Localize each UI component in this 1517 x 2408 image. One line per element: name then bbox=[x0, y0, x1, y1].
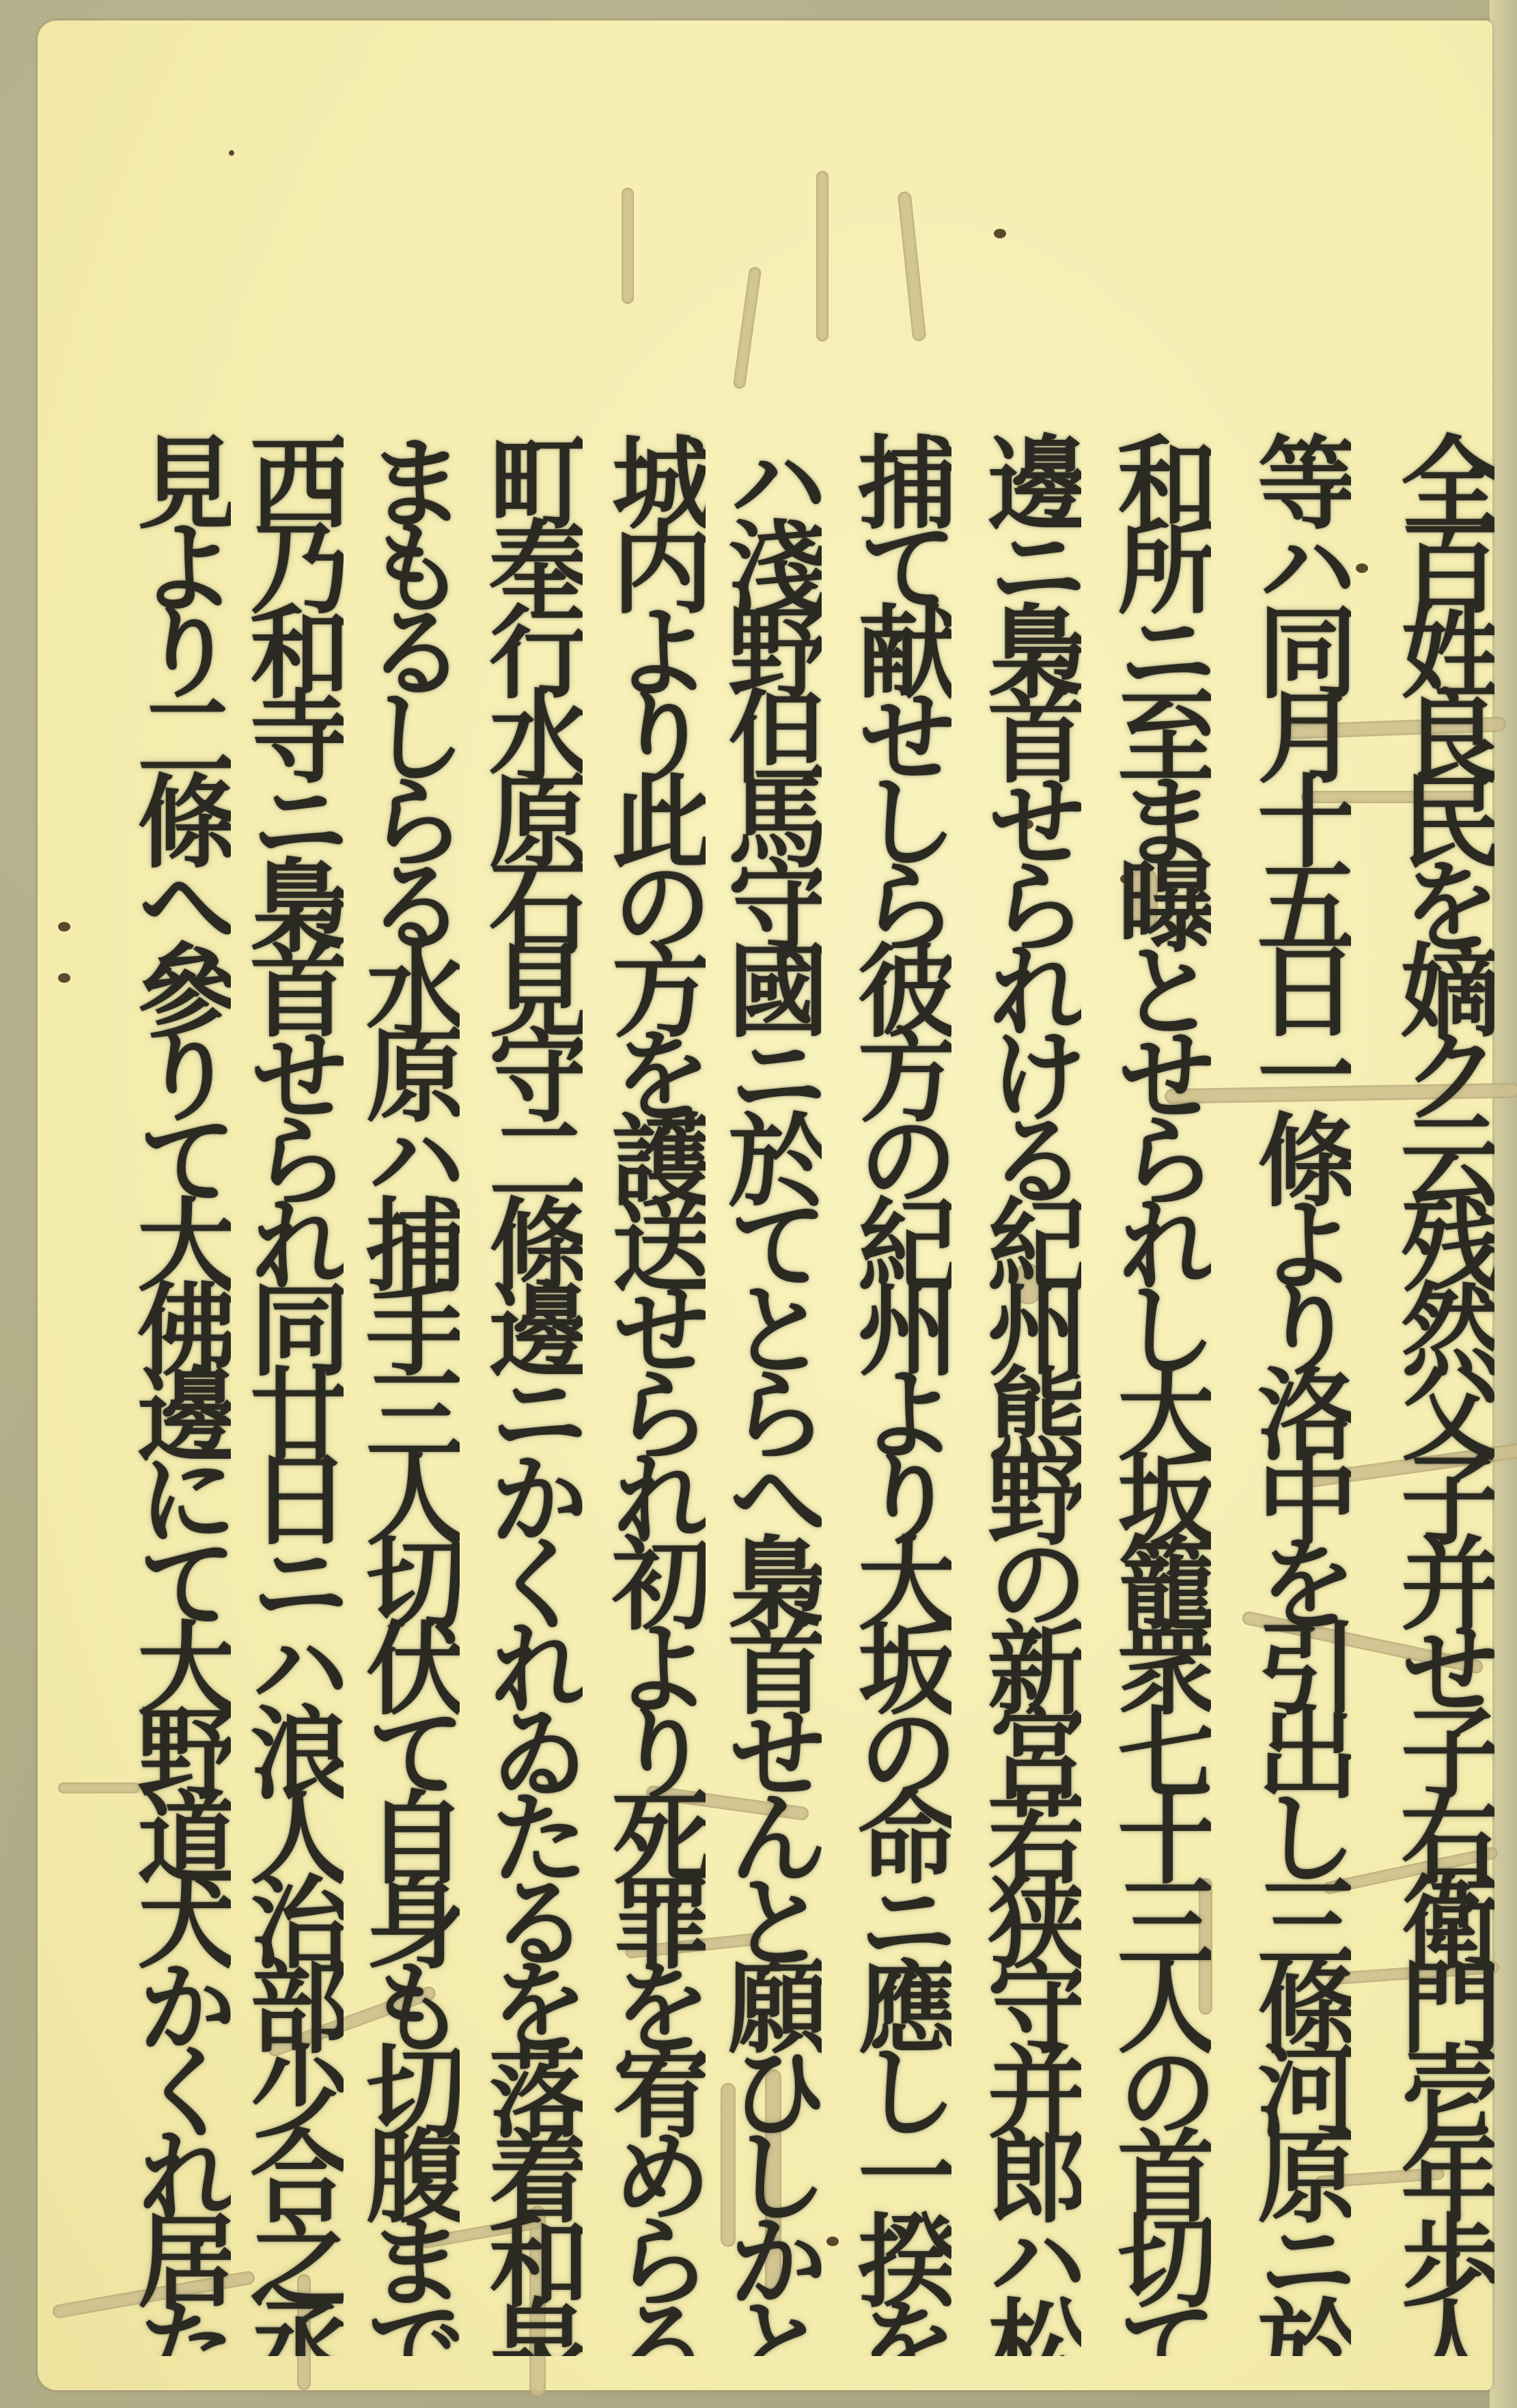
pin-hole bbox=[58, 922, 70, 932]
pin-hole bbox=[229, 150, 234, 156]
text-column-4: 邊ニ梟首せられける紀州熊野の新宮若狭守并郎ハ松倉豊後守生 bbox=[980, 430, 1081, 2356]
text-column-5: 捕て献せしら彼方の紀州より大坂の命ニ應し一揆を起し爲るもの在れ bbox=[850, 430, 951, 2356]
pin-hole bbox=[994, 229, 1006, 238]
wormhole-stain bbox=[622, 188, 634, 304]
wormhole-stain bbox=[897, 191, 927, 342]
pin-hole bbox=[826, 2237, 839, 2246]
wormhole-stain bbox=[816, 171, 829, 341]
text-column-10: 西乃和寺ニ梟首せられ同廿日ニハ浪人治部少合之丞小林田兵衛兩人伏 bbox=[242, 430, 344, 2356]
text-column-6: ハ淺野但馬守國ニ於てとらへ梟首せんと願ひしかとも刎頭多塚主水 bbox=[721, 430, 822, 2356]
text-column-7: 城内より此の方を護送せられ初より死罪を宥めらる退散する大坂 bbox=[604, 430, 706, 2356]
wormhole-stain bbox=[733, 266, 762, 390]
text-column-1: 全百姓良民を嫡ク云残然父子并せ子右衛門壱年歩人中間処大集つ bbox=[1393, 430, 1494, 2356]
text-column-2: 等ハ同月十五日一條より洛中を引出し三條河原ニ於て首を刎ねそ bbox=[1250, 430, 1351, 2356]
wormhole-stain bbox=[58, 1782, 140, 1793]
pin-hole bbox=[1356, 563, 1368, 573]
text-column-11: 見より二條へ參りて大佛邊にて大野道犬かくれ居たるを捕へ bbox=[130, 430, 231, 2356]
pin-hole bbox=[58, 973, 70, 983]
manuscript-page: 全百姓良民を嫡ク云残然父子并せ子右衛門壱年歩人中間処大集つ 等ハ同月十五日一條よ… bbox=[38, 20, 1492, 2390]
text-column-3: 和所ニ至ま曝とせられし大坂籠衆七十三人の首切て粟田口并東寺 bbox=[1110, 430, 1211, 2356]
text-column-8: 町奉行水原石見守二條邊ニかくれゐたるを落着和泉守が関出し 捕 bbox=[482, 430, 583, 2356]
text-column-9: まもるしらる水原ハ捕手三人切伏て自身も切腹までもって其首ハ三條 bbox=[359, 430, 460, 2356]
